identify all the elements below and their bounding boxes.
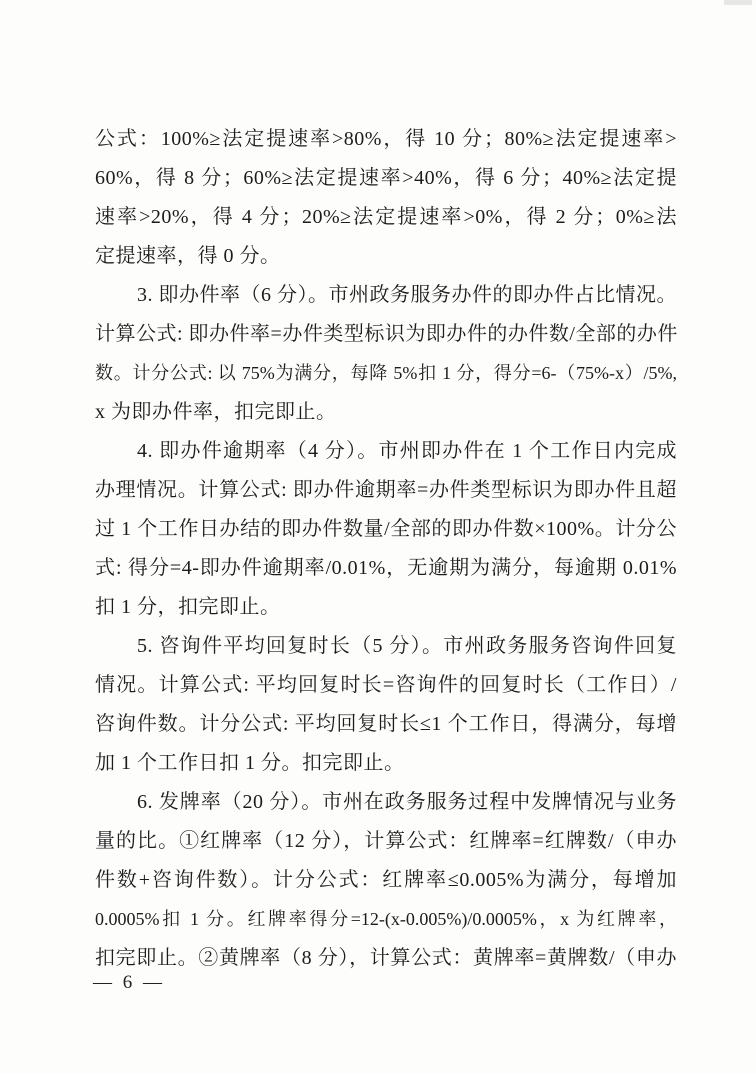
- text-line: 速率>20%，得 4 分；20%≥法定提速率>0%，得 2 分；0%≥法: [95, 198, 677, 237]
- text-line: 加 1 个工作日扣 1 分。扣完即止。: [95, 744, 677, 783]
- page-number: — 6 —: [93, 972, 165, 994]
- text-line: 计算公式: 即办件率=办件类型标识为即办件的办件数/全部的办件: [95, 315, 677, 354]
- text-line: 0.0005%扣 1 分。红牌率得分=12-(x-0.005%)/0.0005%…: [95, 900, 677, 939]
- text-line: 数。计分公式: 以 75%为满分，每降 5%扣 1 分，得分=6-（75%-x）…: [95, 354, 677, 393]
- text-line: 扣 1 分，扣完即止。: [95, 588, 677, 627]
- text-line: 过 1 个工作日办结的即办件数量/全部的即办件数×100%。计分公: [95, 510, 677, 549]
- text-line: 量的比。①红牌率（12 分），计算公式：红牌率=红牌数/（申办: [95, 822, 677, 861]
- text-line: 扣完即止。②黄牌率（8 分），计算公式：黄牌率=黄牌数/（申办: [95, 939, 677, 978]
- document-body: 公式：100%≥法定提速率>80%，得 10 分；80%≥法定提速率> 60%，…: [95, 120, 677, 978]
- text-line: 件数+咨询件数）。计分公式：红牌率≤0.005%为满分，每增加: [95, 861, 677, 900]
- text-line: 3. 即办件率（6 分）。市州政务服务办件的即办件占比情况。: [95, 276, 677, 315]
- text-line: x 为即办件率，扣完即止。: [95, 393, 677, 432]
- text-line: 式: 得分=4-即办件逾期率/0.01%，无逾期为满分，每逾期 0.01%: [95, 549, 677, 588]
- text-line: 情况。计算公式: 平均回复时长=咨询件的回复时长（工作日）/: [95, 666, 677, 705]
- text-line: 办理情况。计算公式: 即办件逾期率=办件类型标识为即办件且超: [95, 471, 677, 510]
- text-line: 公式：100%≥法定提速率>80%，得 10 分；80%≥法定提速率>: [95, 120, 677, 159]
- text-line: 60%，得 8 分；60%≥法定提速率>40%，得 6 分；40%≥法定提: [95, 159, 677, 198]
- text-line: 5. 咨询件平均回复时长（5 分）。市州政务服务咨询件回复: [95, 627, 677, 666]
- text-line: 咨询件数。计分公式: 平均回复时长≤1 个工作日，得满分，每增: [95, 705, 677, 744]
- scan-artifact: [724, 0, 752, 5]
- document-page: 公式：100%≥法定提速率>80%，得 10 分；80%≥法定提速率> 60%，…: [0, 0, 756, 1074]
- text-line: 6. 发牌率（20 分）。市州在政务服务过程中发牌情况与业务: [95, 783, 677, 822]
- text-line: 定提速率，得 0 分。: [95, 237, 677, 276]
- text-line: 4. 即办件逾期率（4 分）。市州即办件在 1 个工作日内完成: [95, 432, 677, 471]
